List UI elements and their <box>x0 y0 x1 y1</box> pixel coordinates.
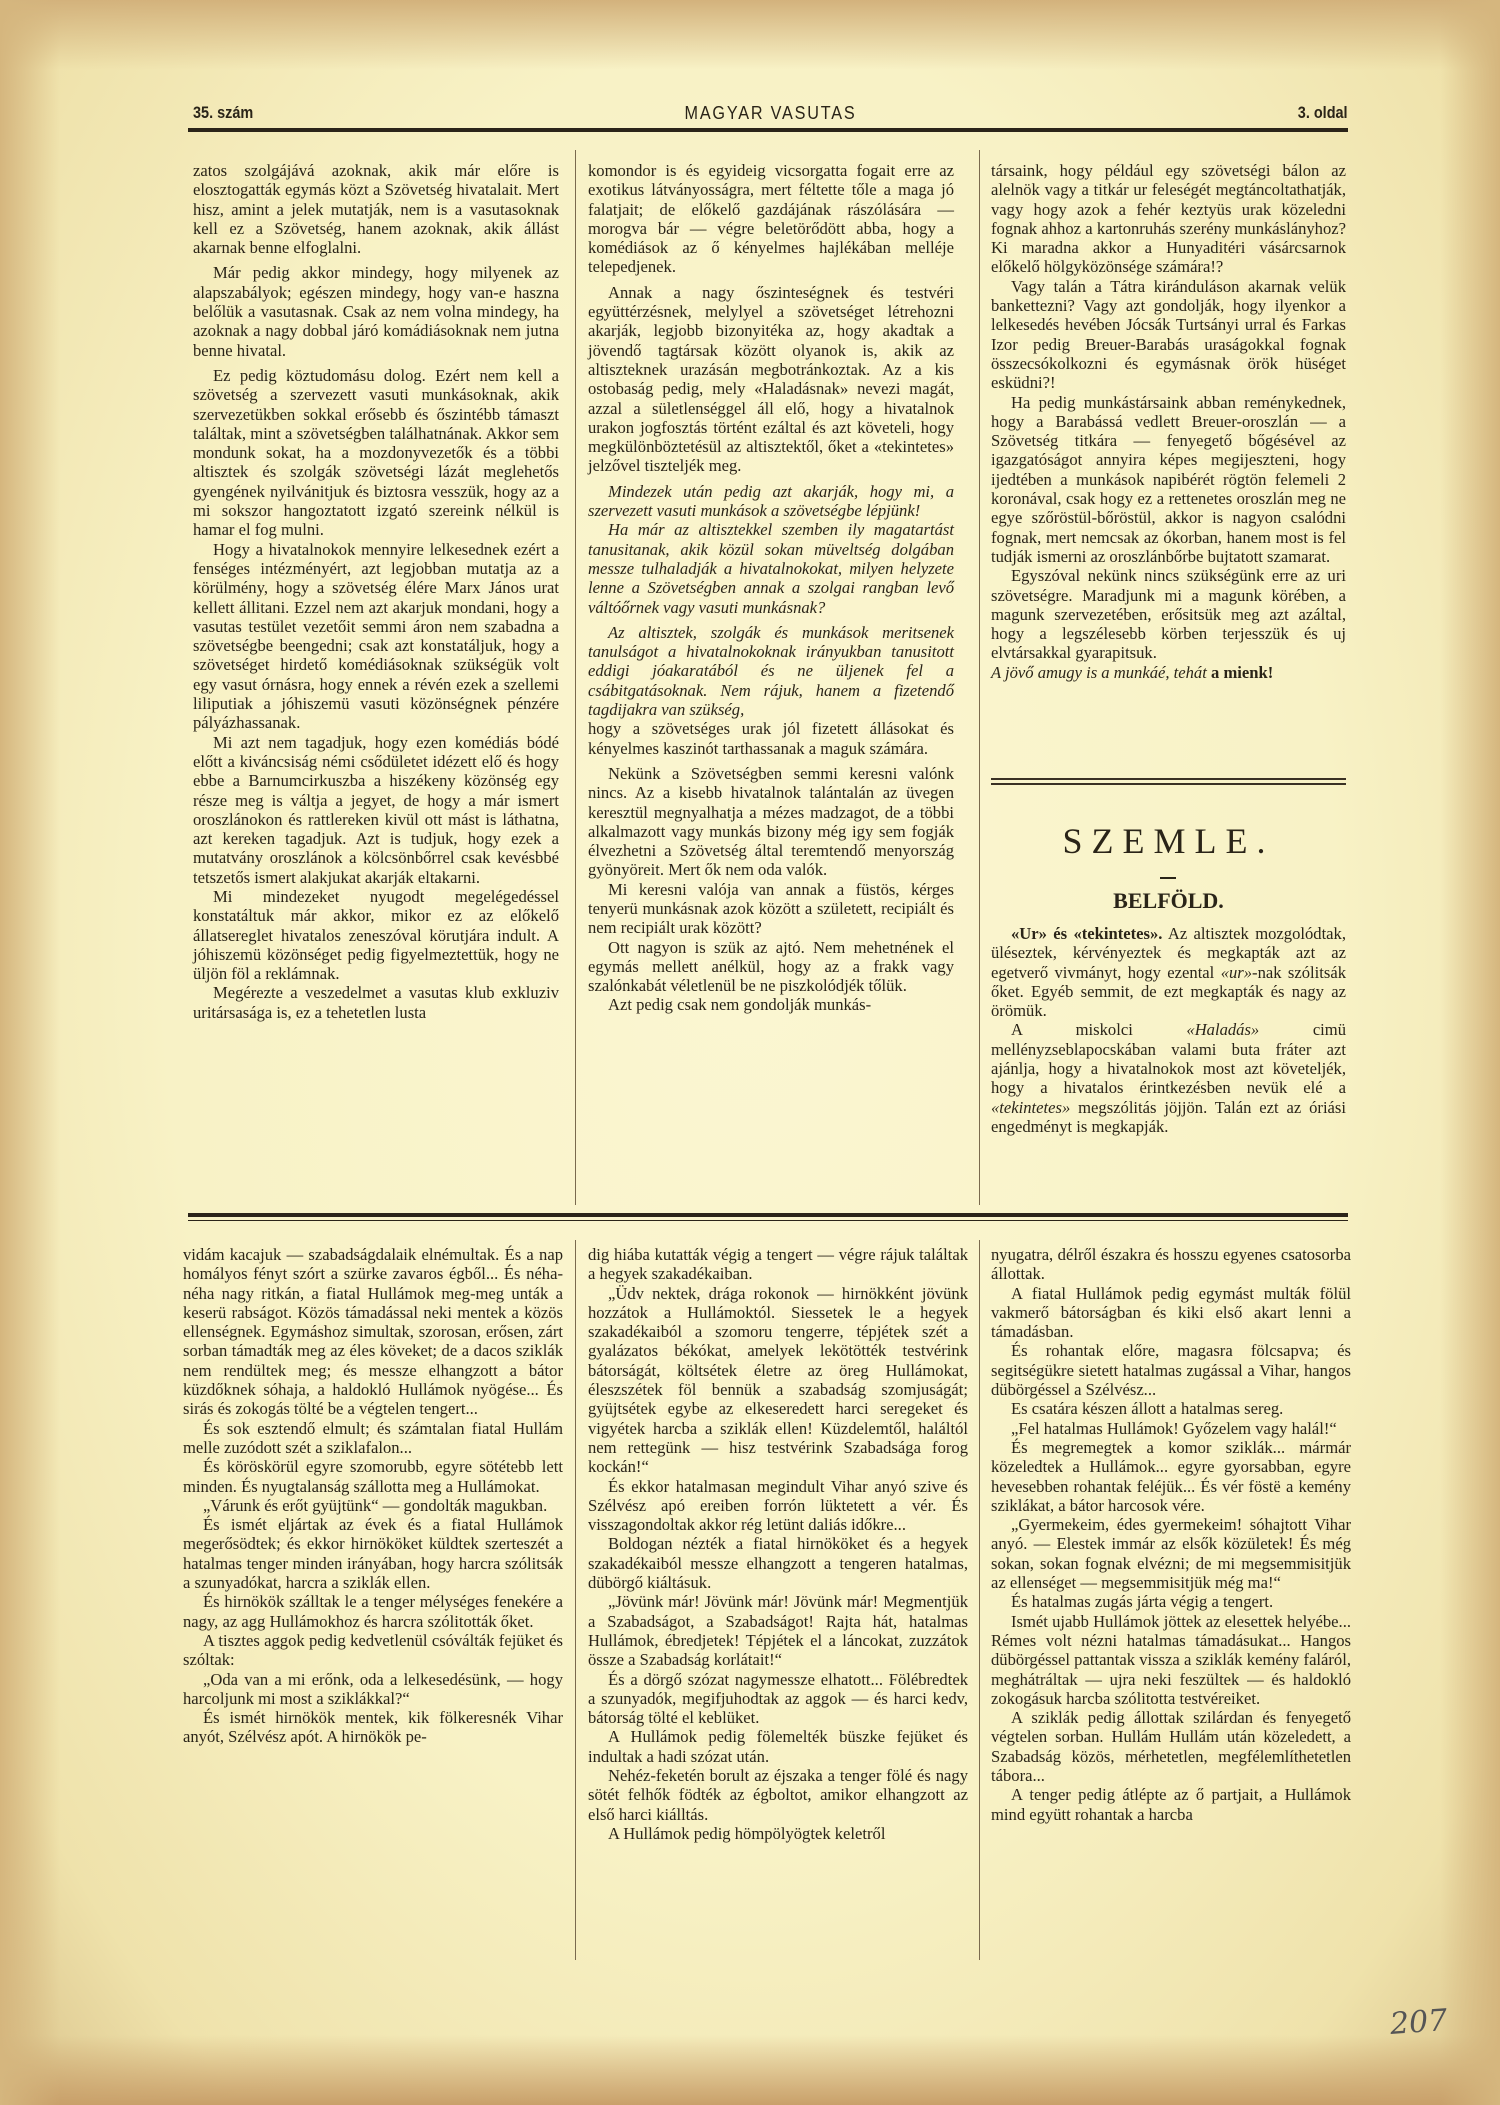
title-dash <box>1160 877 1176 879</box>
szemle-column: «Ur» és «tekintetes». Az altisztek mozgo… <box>991 924 1346 1136</box>
italic-paragraph: Az altisztek, szolgák és munkások merits… <box>588 623 954 719</box>
paragraph: „Várunk és erőt gyüjtünk“ — gondolták ma… <box>183 1496 563 1515</box>
paragraph: A Hullámok pedig hömpölyögtek keletről <box>588 1824 968 1843</box>
feuilleton-rule <box>188 1213 1348 1221</box>
closing-bold: a mienk! <box>1211 663 1273 682</box>
page-number: 3. oldal <box>1298 103 1348 123</box>
paragraph: Vagy talán a Tátra kiránduláson akarnak … <box>991 277 1346 393</box>
section-double-rule <box>991 778 1346 788</box>
paragraph: társaink, hogy például egy szövetségi bá… <box>991 161 1346 277</box>
paragraph: Már pedig akkor mindegy, hogy milyenek a… <box>193 263 559 359</box>
paragraph: A Hullámok pedig fölemelték büszke fejük… <box>588 1727 968 1766</box>
story-column-3: nyugatra, délről északra és hosszu egyen… <box>991 1245 1351 1824</box>
column-divider <box>575 150 576 1205</box>
page-edge-left <box>0 0 60 2105</box>
paragraph: Nekünk a Szövetségben semmi keresni való… <box>588 764 954 880</box>
page-header: 35. szám MAGYAR VASUTAS 3. oldal <box>193 103 1348 127</box>
paragraph: Ez pedig köztudomásu dolog. Ezért nem ke… <box>193 366 559 540</box>
column-divider <box>979 1240 980 1960</box>
paragraph: „Gyermekeim, édes gyermekeim! sóhajtott … <box>991 1515 1351 1592</box>
paragraph: És a dörgő szózat nagymessze elhatott...… <box>588 1670 968 1728</box>
paragraph: Mi keresni valója van annak a füstös, ké… <box>588 880 954 938</box>
paragraph: És hirnökök szálltak le a tenger mélység… <box>183 1592 563 1631</box>
paragraph: Ott nagyon is szük az ajtó. Nem mehetnén… <box>588 938 954 996</box>
paragraph: Azt pedig csak nem gondolják munkás- <box>588 995 954 1014</box>
section-subtitle: BELFÖLD. <box>991 888 1346 914</box>
paragraph: A tisztes aggok pedig kedvetlenül csóvál… <box>183 1631 563 1670</box>
paragraph: Ha pedig munkástársaink abban reménykedn… <box>991 393 1346 567</box>
paragraph: És megremegtek a komor sziklák... mármár… <box>991 1438 1351 1515</box>
story-column-1: vidám kacajuk — szabadságdalaik elnémult… <box>183 1245 563 1747</box>
paragraph: Hogy a hivatalnokok mennyire lelkesednek… <box>193 540 559 733</box>
italic-paragraph: Ha már az altisztekkel szemben ily magat… <box>588 520 954 616</box>
paragraph: zatos szolgájává azoknak, akik már előre… <box>193 161 559 257</box>
newspaper-title: MAGYAR VASUTAS <box>251 103 1291 124</box>
paragraph: És köröskörül egyre szomorubb, egyre söt… <box>183 1457 563 1496</box>
paragraph: És ismét eljártak az évek és a fiatal Hu… <box>183 1515 563 1592</box>
paragraph: Boldogan nézték a fiatal hirnököket és a… <box>588 1534 968 1592</box>
paragraph: „Fel hatalmas Hullámok! Győzelem vagy ha… <box>991 1419 1351 1438</box>
paragraph: Ismét ujabb Hullámok jöttek az elesettek… <box>991 1612 1351 1708</box>
paragraph: Nehéz-feketén borult az éjszaka a tenger… <box>588 1766 968 1824</box>
paragraph: Megérezte a veszedelmet a vasutas klub e… <box>193 983 559 1022</box>
column-divider <box>979 150 980 1205</box>
story-column-2: dig hiába kutatták végig a tengert — vég… <box>588 1245 968 1843</box>
header-rule <box>188 128 1348 132</box>
page-edge-top <box>0 0 1500 70</box>
closing-line: A jövő amugy is a munkáé, tehát a mienk! <box>991 663 1346 682</box>
section-title: SZEMLE. <box>991 820 1346 862</box>
news-item-heading: «Ur» és «tekintetes». <box>1011 924 1162 943</box>
page-edge-right <box>1440 0 1500 2105</box>
paragraph: Mi azt nem tagadjuk, hogy ezen komédiás … <box>193 733 559 887</box>
paragraph: És ismét hirnökök mentek, kik fölkeresné… <box>183 1708 563 1747</box>
column-divider <box>575 1240 576 1960</box>
article-column-1: zatos szolgájává azoknak, akik már előre… <box>193 161 559 1022</box>
closing-italic: A jövő amugy is a munkáé, tehát <box>991 663 1207 682</box>
italic-paragraph: Mindezek után pedig azt akarják, hogy mi… <box>588 482 954 521</box>
paragraph: Annak a nagy őszinteségnek és testvéri e… <box>588 283 954 476</box>
paragraph: És rohantak előre, magasra fölcsapva; és… <box>991 1341 1351 1399</box>
paragraph: A sziklák pedig állottak szilárdan és fe… <box>991 1708 1351 1785</box>
paragraph: komondor is és egyideig vicsorgatta foga… <box>588 161 954 277</box>
article-column-3: társaink, hogy például egy szövetségi bá… <box>991 161 1346 682</box>
paragraph: Mi mindezeket nyugodt megelégedéssel kon… <box>193 887 559 983</box>
paragraph: És sok esztendő elmult; és számtalan fia… <box>183 1419 563 1458</box>
paragraph: dig hiába kutatták végig a tengert — vég… <box>588 1245 968 1284</box>
news-item: «Ur» és «tekintetes». Az altisztek mozgo… <box>991 924 1346 1020</box>
paragraph: „Jövünk már! Jövünk már! Jövünk már! Meg… <box>588 1592 968 1669</box>
article-column-2: komondor is és egyideig vicsorgatta foga… <box>588 161 954 1015</box>
paragraph: És ekkor hatalmasan megindult Vihar anyó… <box>588 1477 968 1535</box>
paragraph: A fiatal Hullámok pedig egymást multák f… <box>991 1284 1351 1342</box>
issue-number: 35. szám <box>193 103 253 123</box>
paragraph: hogy a szövetséges urak jól fizetett áll… <box>588 719 954 758</box>
paragraph: A tenger pedig átlépte az ő partjait, a … <box>991 1785 1351 1824</box>
paragraph: Egyszóval nekünk nincs szükségünk erre a… <box>991 566 1346 662</box>
news-item: A miskolci «Haladás» cimü mellényzseblap… <box>991 1020 1346 1136</box>
paragraph: És hatalmas zugás járta végig a tengert. <box>991 1592 1351 1611</box>
paragraph: nyugatra, délről északra és hosszu egyen… <box>991 1245 1351 1284</box>
page-edge-bottom <box>0 2035 1500 2105</box>
handwritten-page-number: 207 <box>1389 2003 1449 2042</box>
paragraph: vidám kacajuk — szabadságdalaik elnémult… <box>183 1245 563 1419</box>
paragraph: Es csatára készen állott a hatalmas sere… <box>991 1399 1351 1418</box>
paragraph: „Üdv nektek, drága rokonok — hirnökként … <box>588 1284 968 1477</box>
paragraph: „Oda van a mi erőnk, oda a lelkesedésünk… <box>183 1670 563 1709</box>
